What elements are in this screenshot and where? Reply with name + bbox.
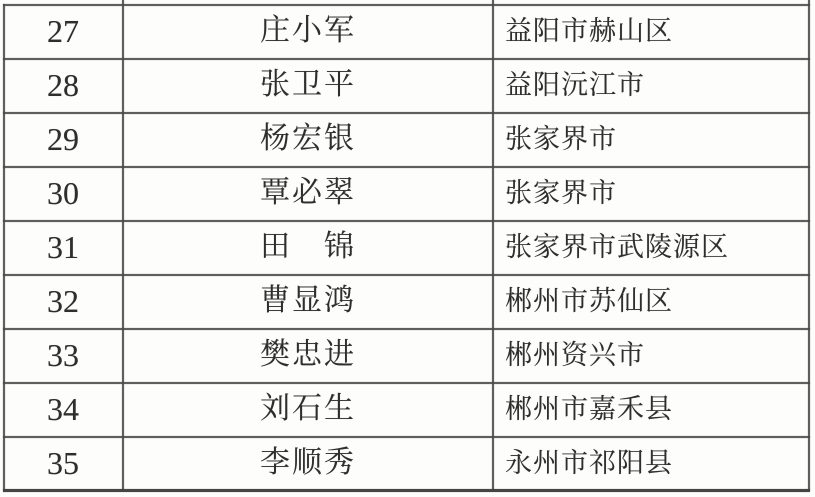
row-number-cell: 31 <box>3 220 123 274</box>
region-cell: 郴州资兴市 <box>505 328 810 382</box>
table-row: 31 田 锦 张家界市武陵源区 <box>3 220 810 274</box>
name-cell: 张卫平 <box>123 58 493 112</box>
region-cell: 郴州市苏仙区 <box>505 274 810 328</box>
row-number-cell: 30 <box>3 166 123 220</box>
table-row: 33 樊忠进 郴州资兴市 <box>3 328 810 382</box>
row-number-cell: 33 <box>3 328 123 382</box>
name-cell: 田 锦 <box>123 220 493 274</box>
table-row: 27 庄小军 益阳市赫山区 <box>3 4 810 58</box>
row-number-cell: 27 <box>3 4 123 58</box>
table-row: 32 曹显鸿 郴州市苏仙区 <box>3 274 810 328</box>
name-cell: 刘石生 <box>123 382 493 436</box>
table-row: 35 李顺秀 永州市祁阳县 <box>3 436 810 490</box>
region-cell: 张家界市 <box>505 112 810 166</box>
row-number-cell: 34 <box>3 382 123 436</box>
table-row: 34 刘石生 郴州市嘉禾县 <box>3 382 810 436</box>
name-cell: 庄小军 <box>123 4 493 58</box>
row-number-cell: 28 <box>3 58 123 112</box>
region-cell: 张家界市武陵源区 <box>505 220 810 274</box>
name-cell: 杨宏银 <box>123 112 493 166</box>
name-cell: 曹显鸿 <box>123 274 493 328</box>
row-number-cell: 32 <box>3 274 123 328</box>
row-number-cell: 35 <box>3 436 123 490</box>
region-cell: 张家界市 <box>505 166 810 220</box>
name-cell: 李顺秀 <box>123 436 493 490</box>
table-row: 29 杨宏银 张家界市 <box>3 112 810 166</box>
table-row: 28 张卫平 益阳沅江市 <box>3 58 810 112</box>
name-cell: 覃必翠 <box>123 166 493 220</box>
region-cell: 益阳沅江市 <box>505 58 810 112</box>
region-cell: 益阳市赫山区 <box>505 4 810 58</box>
region-cell: 永州市祁阳县 <box>505 436 810 490</box>
scanned-document-page: 27 庄小军 益阳市赫山区 28 张卫平 益阳沅江市 29 杨宏银 张家界市 3… <box>0 0 815 497</box>
table-row: 30 覃必翠 张家界市 <box>3 166 810 220</box>
row-number-cell: 29 <box>3 112 123 166</box>
name-cell: 樊忠进 <box>123 328 493 382</box>
region-cell: 郴州市嘉禾县 <box>505 382 810 436</box>
